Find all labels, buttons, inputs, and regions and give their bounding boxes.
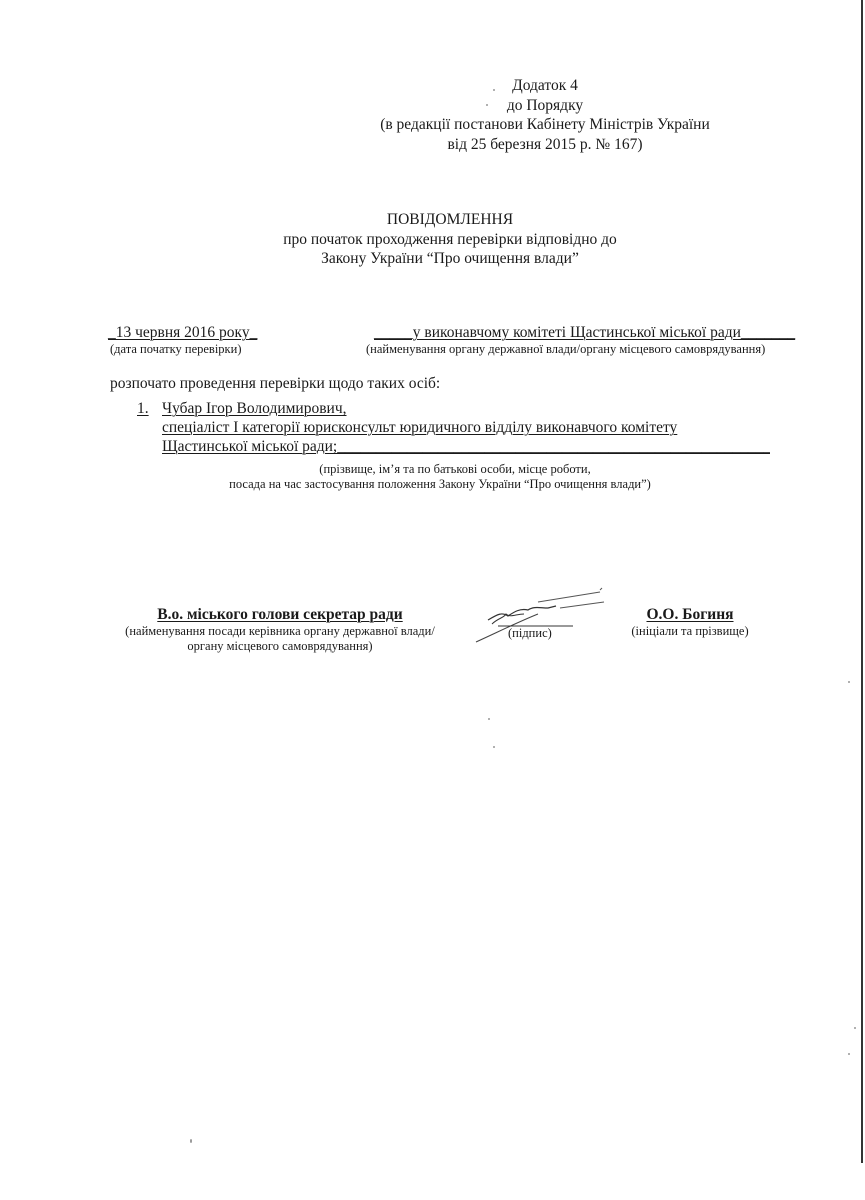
annex-number: Додаток 4 — [360, 76, 730, 96]
document-title: ПОВІДОМЛЕННЯ про початок проходження пер… — [240, 210, 660, 269]
scan-speck — [488, 718, 490, 720]
signer-caption: (ініціали та прізвище) — [620, 624, 760, 639]
scan-edge-line — [861, 0, 863, 1163]
scan-speck — [190, 1139, 192, 1143]
scan-speck — [486, 104, 488, 106]
signer-name: О.О. Богиня — [620, 605, 760, 624]
annex-date: від 25 березня 2015 р. № 167) — [360, 135, 730, 155]
scan-speck — [848, 1053, 850, 1055]
person-position-line-1: спеціаліст І категорії юрисконсульт юрид… — [162, 419, 677, 437]
annex-header: Додаток 4 до Порядку (в редакції постано… — [360, 76, 730, 154]
person-caption-line-2: посада на час застосування положення Зак… — [200, 477, 680, 492]
person-caption: (прізвище, ім’я та по батькові особи, мі… — [200, 462, 680, 492]
scan-speck — [493, 89, 495, 91]
head-position-block: В.о. міського голови секретар ради (найм… — [110, 605, 450, 654]
check-start-date: _13 червня 2016 року_ — [108, 324, 257, 342]
signature-caption: (підпис) — [508, 626, 552, 641]
organ-name: _____у виконавчому комітеті Щастинської … — [374, 324, 795, 342]
organ-name-caption: (найменування органу державної влади/орг… — [366, 342, 765, 357]
annex-reference: до Порядку — [360, 96, 730, 116]
scan-speck — [848, 681, 850, 683]
signer-block: О.О. Богиня (ініціали та прізвище) — [620, 605, 760, 639]
scan-speck — [854, 1027, 856, 1029]
head-position-title: В.о. міського голови секретар ради — [110, 605, 450, 624]
person-name: Чубар Ігор Володимирович, — [162, 400, 347, 418]
person-number: 1. — [137, 400, 149, 418]
person-caption-line-1: (прізвище, ім’я та по батькові особи, мі… — [200, 462, 680, 477]
title-subtitle-1: про початок проходження перевірки відпов… — [240, 230, 660, 250]
intro-text: розпочато проведення перевірки щодо таки… — [110, 375, 440, 393]
head-position-caption-2: органу місцевого самоврядування) — [110, 639, 450, 654]
scan-speck — [493, 746, 495, 748]
annex-edition: (в редакції постанови Кабінету Міністрів… — [360, 115, 730, 135]
title-subtitle-2: Закону України “Про очищення влади” — [240, 249, 660, 269]
title-heading: ПОВІДОМЛЕННЯ — [240, 210, 660, 230]
head-position-caption-1: (найменування посади керівника органу де… — [110, 624, 450, 639]
check-start-date-caption: (дата початку перевірки) — [110, 342, 241, 357]
person-position-line-2: Щастинської міської ради;_______________… — [162, 438, 770, 456]
